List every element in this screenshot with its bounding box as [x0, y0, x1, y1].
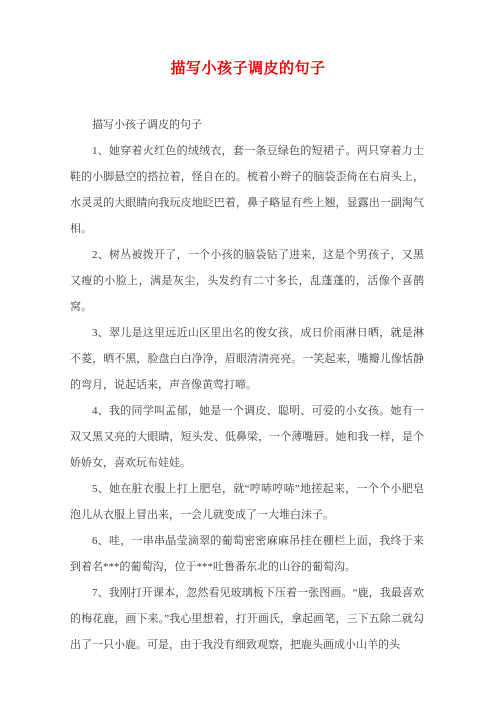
- paragraph-7: 7、我刚打开课本，忽然看见玻璃板下压着一张图画。“鹿，我最喜欢的梅花鹿，画下来。…: [70, 580, 424, 658]
- document-page: 描写小孩子调皮的句子 描写小孩子调皮的句子 1、她穿着火红色的绒绒衣，套一条豆绿…: [0, 0, 496, 702]
- paragraph-2: 2、树丛被拨开了，一个小孩的脑袋钻了进来，这是个男孩子，又黑又瘦的小脸上，满是灰…: [70, 242, 424, 320]
- paragraph-5: 5、她在脏衣服上打上肥皂，就“哼哧哼哧”地搓起来，一个个小肥皂泡儿从衣服上冒出来…: [70, 476, 424, 528]
- document-subtitle: 描写小孩子调皮的句子: [70, 112, 424, 138]
- paragraph-4: 4、我的同学叫孟郁，她是一个调皮、聪明、可爱的小女孩。她有一双又黑又亮的大眼睛，…: [70, 398, 424, 476]
- paragraph-6: 6、哇，一串串晶莹滴翠的葡萄密密麻麻吊挂在棚栏上面，我终于来到着名***的葡萄沟…: [70, 528, 424, 580]
- document-title: 描写小孩子调皮的句子: [0, 0, 496, 80]
- document-body: 描写小孩子调皮的句子 1、她穿着火红色的绒绒衣，套一条豆绿色的短裙子。两只穿着力…: [70, 112, 424, 658]
- paragraph-1: 1、她穿着火红色的绒绒衣，套一条豆绿色的短裙子。两只穿着力士鞋的小脚悬空的搭拉着…: [70, 138, 424, 242]
- paragraph-3: 3、翠儿是这里远近山区里出名的俊女孩，成日价雨淋日晒，就是淋不菱，晒不黑，脸盘白…: [70, 320, 424, 398]
